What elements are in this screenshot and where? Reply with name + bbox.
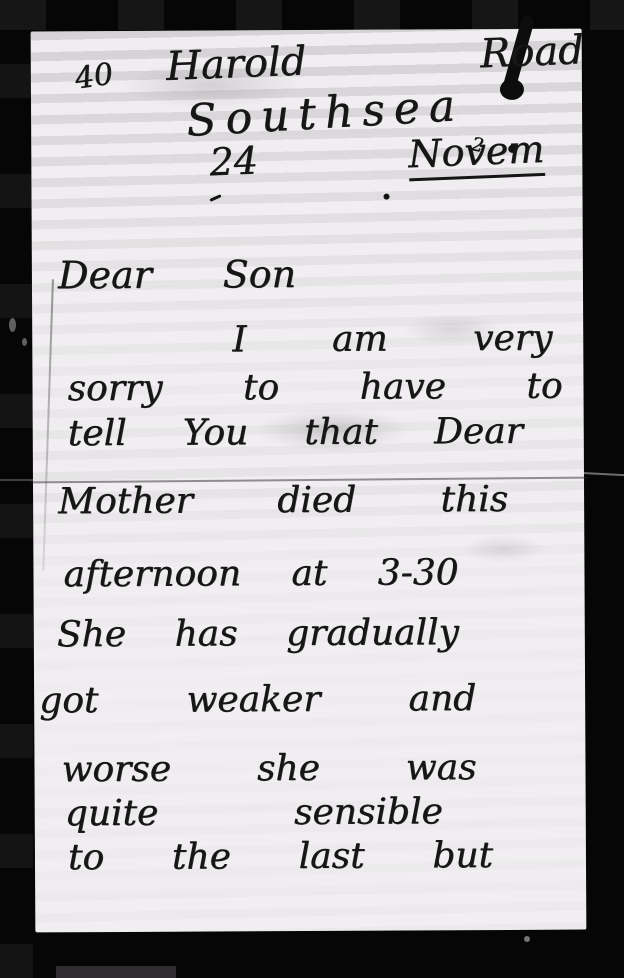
letter-paper: 40 Harold Road Southsea 2 24 Novem Dear … — [31, 29, 587, 933]
border-gray-strip — [56, 966, 176, 978]
body-line-5: afternoon at 3-30 — [63, 554, 458, 595]
fold-crease-extension-left — [0, 479, 34, 481]
date-month: Novem — [407, 127, 545, 181]
photo-border-left-texture — [0, 0, 33, 978]
salutation-line: Dear Son — [58, 254, 296, 296]
body-line-6: She has gradually — [57, 614, 459, 655]
body-line-9: quite sensible — [65, 793, 443, 834]
body-line-8: worse she was — [61, 749, 476, 790]
ink-blot-drop — [500, 79, 524, 100]
border-speck — [9, 318, 16, 332]
border-speck — [524, 936, 530, 942]
fold-crease-extension-right — [580, 472, 624, 476]
body-line-3: tell You that Dear — [68, 413, 523, 454]
ink-dot — [383, 194, 389, 200]
body-line-1: I am very — [232, 320, 552, 361]
body-line-10: to the last but — [68, 837, 493, 878]
border-speck — [22, 338, 27, 346]
address-number: 40 — [73, 59, 115, 97]
body-line-7: got weaker and — [39, 680, 476, 721]
date-day: 24 — [209, 138, 259, 184]
body-line-4: Mother died this — [58, 481, 508, 522]
photograph-of-letter: 40 Harold Road Southsea 2 24 Novem Dear … — [0, 0, 624, 978]
body-line-2: sorry to have to — [67, 368, 562, 409]
